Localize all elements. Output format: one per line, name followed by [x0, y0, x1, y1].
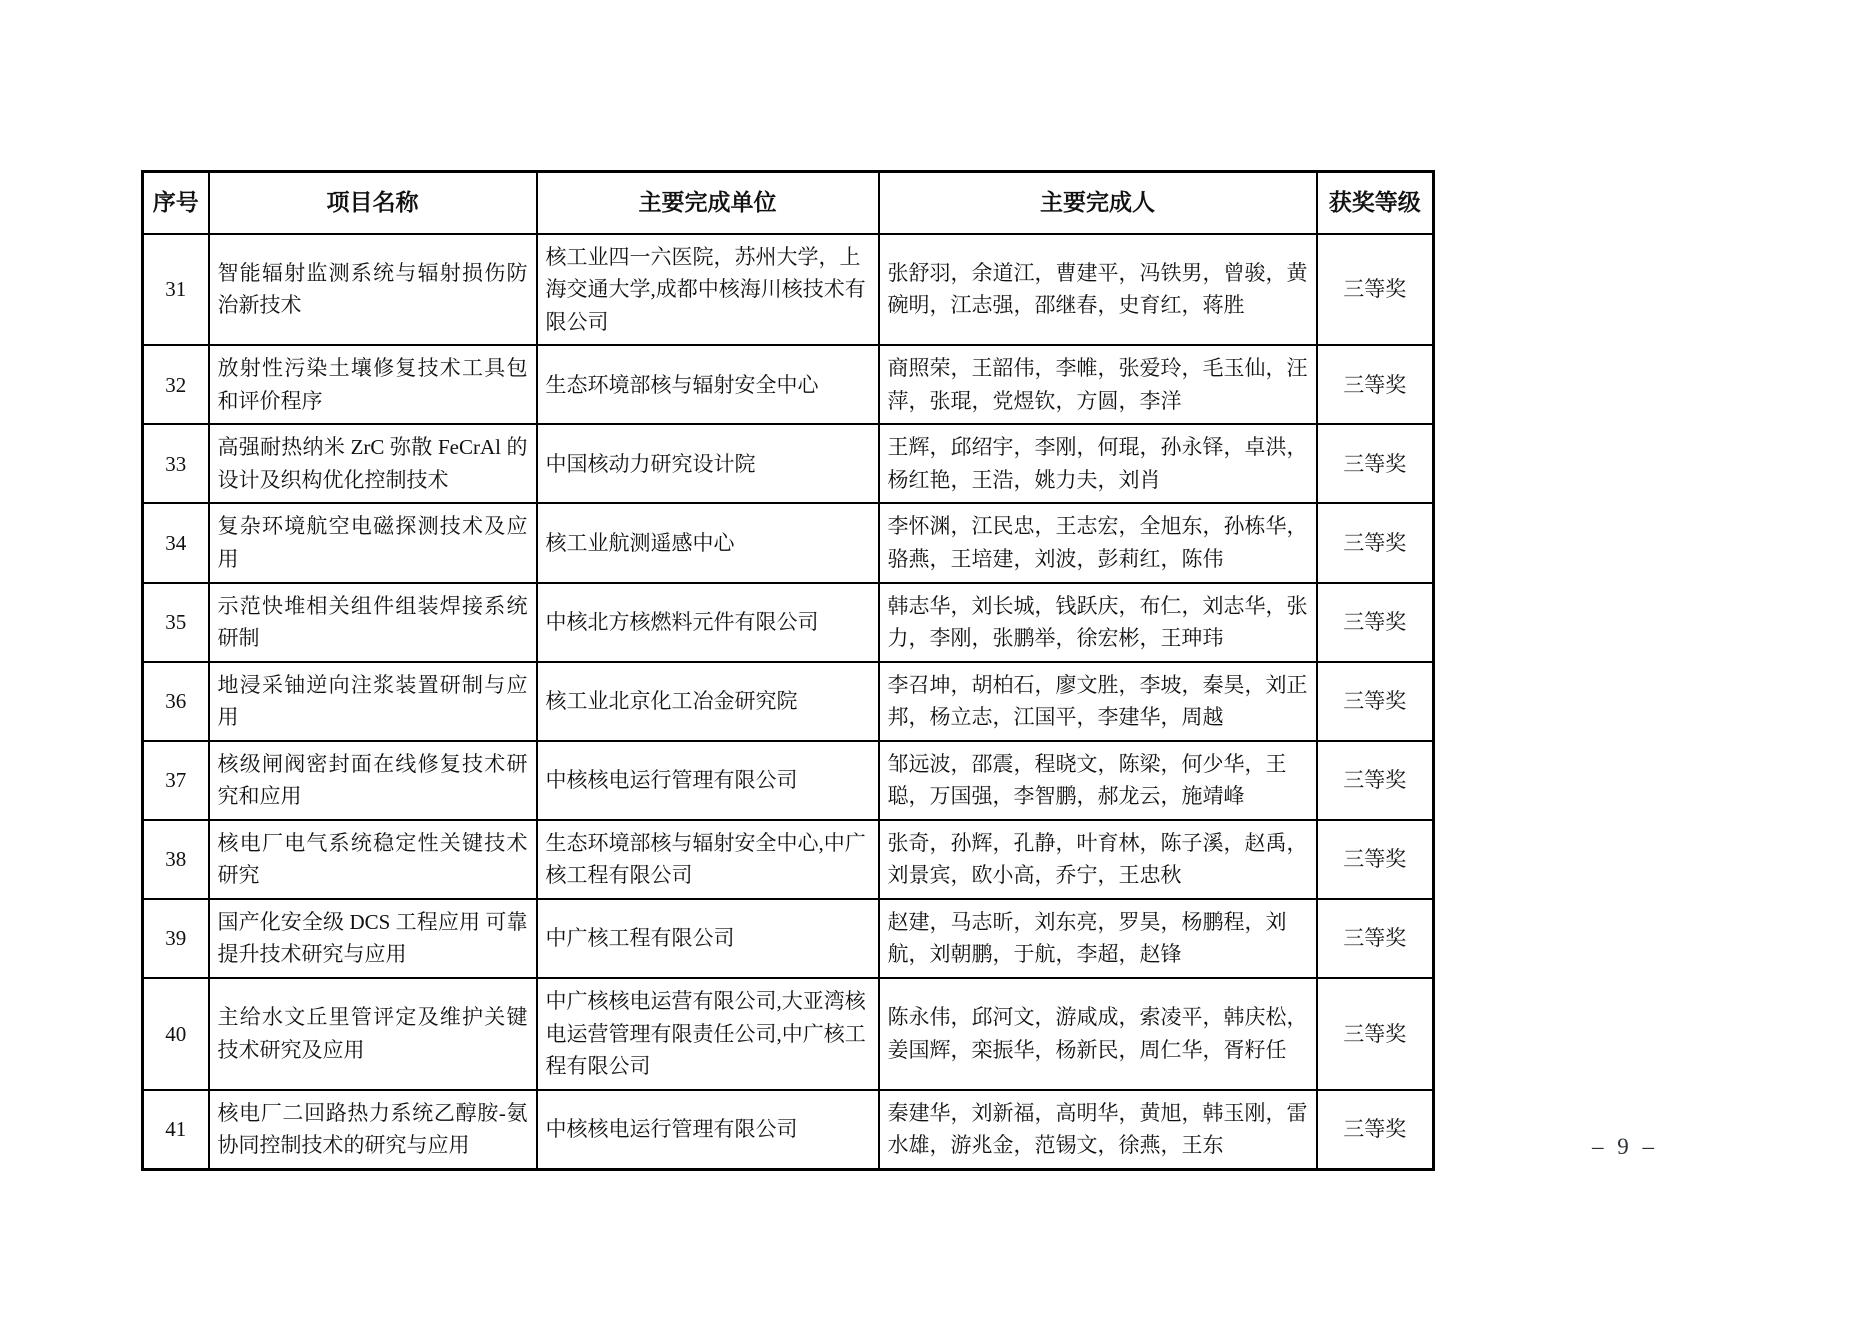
project-name-cell: 核级闸阀密封面在线修复技术研究和应用: [209, 741, 537, 820]
project-name-cell: 地浸采铀逆向注浆装置研制与应用: [209, 662, 537, 741]
award-cell: 三等奖: [1317, 345, 1434, 424]
award-cell: 三等奖: [1317, 662, 1434, 741]
award-cell: 三等奖: [1317, 820, 1434, 899]
unit-cell: 中国核动力研究设计院: [537, 424, 879, 503]
row-number-cell: 36: [143, 662, 209, 741]
people-cell: 赵建，马志昕，刘东亮，罗昊，杨鹏程，刘航，刘朝鹏，于航，李超，赵锋: [879, 899, 1317, 978]
document-page: { "table": { "headers": ["序号", "项目名称", "…: [0, 0, 1871, 1323]
unit-cell: 中广核工程有限公司: [537, 899, 879, 978]
people-cell: 王辉，邱绍宇，李刚，何琨，孙永铎，卓洪，杨红艳，王浩，姚力夫，刘肖: [879, 424, 1317, 503]
table-row: 38核电厂电气系统稳定性关键技术研究生态环境部核与辐射安全中心,中广核工程有限公…: [143, 820, 1434, 899]
unit-cell: 核工业航测遥感中心: [537, 503, 879, 582]
table-row: 33高强耐热纳米 ZrC 弥散 FeCrAl 的设计及织构优化控制技术中国核动力…: [143, 424, 1434, 503]
row-number-cell: 40: [143, 978, 209, 1090]
project-name-cell: 高强耐热纳米 ZrC 弥散 FeCrAl 的设计及织构优化控制技术: [209, 424, 537, 503]
table-row: 34复杂环境航空电磁探测技术及应用核工业航测遥感中心李怀渊，江民忠，王志宏，全旭…: [143, 503, 1434, 582]
people-cell: 韩志华，刘长城，钱跃庆，布仁，刘志华，张力，李刚，张鹏举，徐宏彬，王珅玮: [879, 583, 1317, 662]
project-name-cell: 智能辐射监测系统与辐射损伤防治新技术: [209, 234, 537, 346]
row-number-cell: 37: [143, 741, 209, 820]
project-name-cell: 核电厂电气系统稳定性关键技术研究: [209, 820, 537, 899]
project-name-cell: 复杂环境航空电磁探测技术及应用: [209, 503, 537, 582]
award-cell: 三等奖: [1317, 899, 1434, 978]
award-cell: 三等奖: [1317, 503, 1434, 582]
project-name-cell: 示范快堆相关组件组装焊接系统研制: [209, 583, 537, 662]
unit-cell: 中核北方核燃料元件有限公司: [537, 583, 879, 662]
row-number-cell: 32: [143, 345, 209, 424]
header-award-level: 获奖等级: [1317, 172, 1434, 234]
unit-cell: 中核核电运行管理有限公司: [537, 1090, 879, 1170]
table-row: 32放射性污染土壤修复技术工具包和评价程序生态环境部核与辐射安全中心商照荣，王韶…: [143, 345, 1434, 424]
people-cell: 李怀渊，江民忠，王志宏，全旭东，孙栋华，骆燕，王培建，刘波，彭莉红，陈伟: [879, 503, 1317, 582]
unit-cell: 生态环境部核与辐射安全中心,中广核工程有限公司: [537, 820, 879, 899]
page-number: – 9 –: [1560, 1134, 1690, 1160]
table-row: 37核级闸阀密封面在线修复技术研究和应用中核核电运行管理有限公司邹远波，邵震，程…: [143, 741, 1434, 820]
header-main-unit: 主要完成单位: [537, 172, 879, 234]
table-header-row: 序号 项目名称 主要完成单位 主要完成人 获奖等级: [143, 172, 1434, 234]
award-table-container: 序号 项目名称 主要完成单位 主要完成人 获奖等级 31智能辐射监测系统与辐射损…: [141, 170, 1432, 1171]
row-number-cell: 41: [143, 1090, 209, 1170]
table-row: 39国产化安全级 DCS 工程应用 可靠提升技术研究与应用中广核工程有限公司赵建…: [143, 899, 1434, 978]
unit-cell: 核工业北京化工冶金研究院: [537, 662, 879, 741]
people-cell: 商照荣，王韶伟，李帷，张爱玲，毛玉仙，汪萍，张琨，党煜钦，方圆，李洋: [879, 345, 1317, 424]
table-row: 36地浸采铀逆向注浆装置研制与应用核工业北京化工冶金研究院李召坤，胡柏石，廖文胜…: [143, 662, 1434, 741]
table-row: 40主给水文丘里管评定及维护关键技术研究及应用中广核核电运营有限公司,大亚湾核电…: [143, 978, 1434, 1090]
table-body: 31智能辐射监测系统与辐射损伤防治新技术核工业四一六医院，苏州大学，上海交通大学…: [143, 234, 1434, 1170]
people-cell: 李召坤，胡柏石，廖文胜，李坡，秦昊，刘正邦，杨立志，江国平，李建华，周越: [879, 662, 1317, 741]
header-serial-number: 序号: [143, 172, 209, 234]
project-name-cell: 放射性污染土壤修复技术工具包和评价程序: [209, 345, 537, 424]
award-table: 序号 项目名称 主要完成单位 主要完成人 获奖等级 31智能辐射监测系统与辐射损…: [141, 170, 1435, 1171]
people-cell: 秦建华，刘新福，高明华，黄旭，韩玉刚，雷水雄，游兆金，范锡文，徐燕，王东: [879, 1090, 1317, 1170]
row-number-cell: 39: [143, 899, 209, 978]
award-cell: 三等奖: [1317, 741, 1434, 820]
row-number-cell: 33: [143, 424, 209, 503]
row-number-cell: 31: [143, 234, 209, 346]
table-row: 41核电厂二回路热力系统乙醇胺-氨协同控制技术的研究与应用中核核电运行管理有限公…: [143, 1090, 1434, 1170]
project-name-cell: 主给水文丘里管评定及维护关键技术研究及应用: [209, 978, 537, 1090]
award-cell: 三等奖: [1317, 424, 1434, 503]
unit-cell: 核工业四一六医院，苏州大学，上海交通大学,成都中核海川核技术有限公司: [537, 234, 879, 346]
table-row: 31智能辐射监测系统与辐射损伤防治新技术核工业四一六医院，苏州大学，上海交通大学…: [143, 234, 1434, 346]
header-main-people: 主要完成人: [879, 172, 1317, 234]
award-cell: 三等奖: [1317, 583, 1434, 662]
award-cell: 三等奖: [1317, 1090, 1434, 1170]
row-number-cell: 38: [143, 820, 209, 899]
people-cell: 邹远波，邵震，程晓文，陈梁，何少华，王聪，万国强，李智鹏，郝龙云，施靖峰: [879, 741, 1317, 820]
header-project-name: 项目名称: [209, 172, 537, 234]
table-row: 35示范快堆相关组件组装焊接系统研制中核北方核燃料元件有限公司韩志华，刘长城，钱…: [143, 583, 1434, 662]
people-cell: 陈永伟，邱河文，游咸成，索凌平，韩庆松，姜国辉，栾振华，杨新民，周仁华，胥籽任: [879, 978, 1317, 1090]
row-number-cell: 34: [143, 503, 209, 582]
people-cell: 张奇，孙辉，孔静，叶育林，陈子溪，赵禹，刘景宾，欧小高，乔宁，王忠秋: [879, 820, 1317, 899]
project-name-cell: 国产化安全级 DCS 工程应用 可靠提升技术研究与应用: [209, 899, 537, 978]
project-name-cell: 核电厂二回路热力系统乙醇胺-氨协同控制技术的研究与应用: [209, 1090, 537, 1170]
award-cell: 三等奖: [1317, 978, 1434, 1090]
award-cell: 三等奖: [1317, 234, 1434, 346]
people-cell: 张舒羽，余道江，曹建平，冯铁男，曾骏，黄碗明，江志强，邵继春，史育红，蒋胜: [879, 234, 1317, 346]
unit-cell: 生态环境部核与辐射安全中心: [537, 345, 879, 424]
unit-cell: 中核核电运行管理有限公司: [537, 741, 879, 820]
row-number-cell: 35: [143, 583, 209, 662]
unit-cell: 中广核核电运营有限公司,大亚湾核电运营管理有限责任公司,中广核工程有限公司: [537, 978, 879, 1090]
